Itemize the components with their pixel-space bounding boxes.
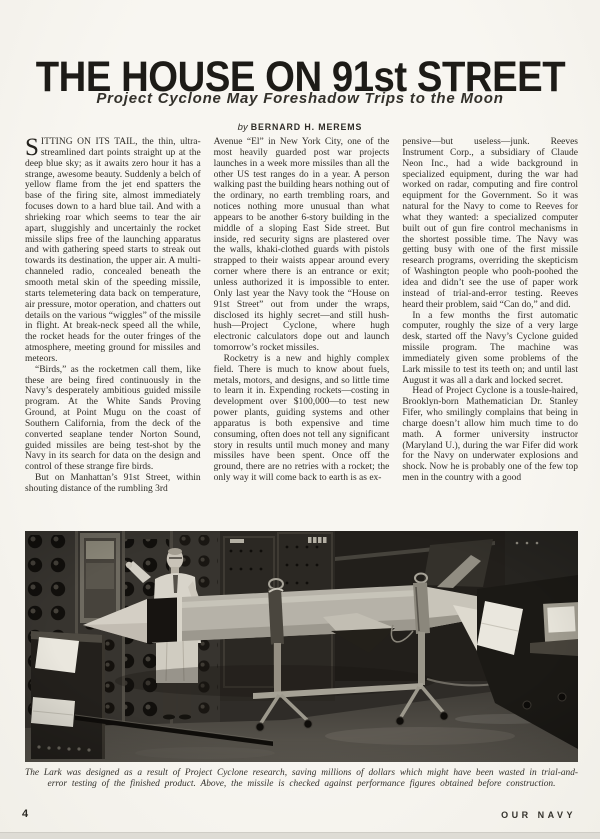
paragraph: “Birds,” as the rocketmen call them, lik… bbox=[25, 365, 201, 473]
paragraph: In a few months the first automatic comp… bbox=[402, 311, 578, 387]
drop-cap: S bbox=[25, 137, 41, 158]
column-2: Avenue “El” in New York City, one of the… bbox=[214, 137, 390, 531]
article-subtitle: Project Cyclone May Foreshadow Trips to … bbox=[0, 90, 600, 107]
paragraph: Head of Project Cyclone is a tousle-hair… bbox=[402, 386, 578, 484]
column-1: SITTING ON ITS TAIL, the thin, ultra-str… bbox=[25, 137, 201, 531]
paragraph: Avenue “El” in New York City, one of the… bbox=[214, 137, 390, 354]
paragraph-text: ITTING ON ITS TAIL, the thin, ultra-stre… bbox=[25, 137, 201, 364]
photo-vignette bbox=[25, 531, 578, 762]
photo-caption: The Lark was designed as a result of Pro… bbox=[25, 768, 578, 791]
page-edge-strip bbox=[0, 832, 600, 839]
article-photo bbox=[25, 531, 578, 762]
lark-missile-photo-illustration bbox=[25, 531, 578, 762]
paragraph: SITTING ON ITS TAIL, the thin, ultra-str… bbox=[25, 137, 201, 365]
byline: byBERNARD H. MEREMS bbox=[0, 117, 600, 135]
page-number: 4 bbox=[22, 808, 28, 820]
byline-prefix: by bbox=[238, 122, 248, 133]
paragraph: pensive—but useless—junk. Reeves Instrum… bbox=[402, 137, 578, 311]
article-body: SITTING ON ITS TAIL, the thin, ultra-str… bbox=[25, 137, 578, 531]
paragraph: Rocketry is a new and highly complex fie… bbox=[214, 354, 390, 484]
magazine-name: OUR NAVY bbox=[501, 810, 576, 820]
magazine-page: THE HOUSE ON 91st STREET Project Cyclone… bbox=[0, 0, 600, 839]
column-3: pensive—but useless—junk. Reeves Instrum… bbox=[402, 137, 578, 531]
byline-author: BERNARD H. MEREMS bbox=[251, 122, 363, 132]
paragraph: But on Manhattan’s 91st Street, within s… bbox=[25, 473, 201, 495]
